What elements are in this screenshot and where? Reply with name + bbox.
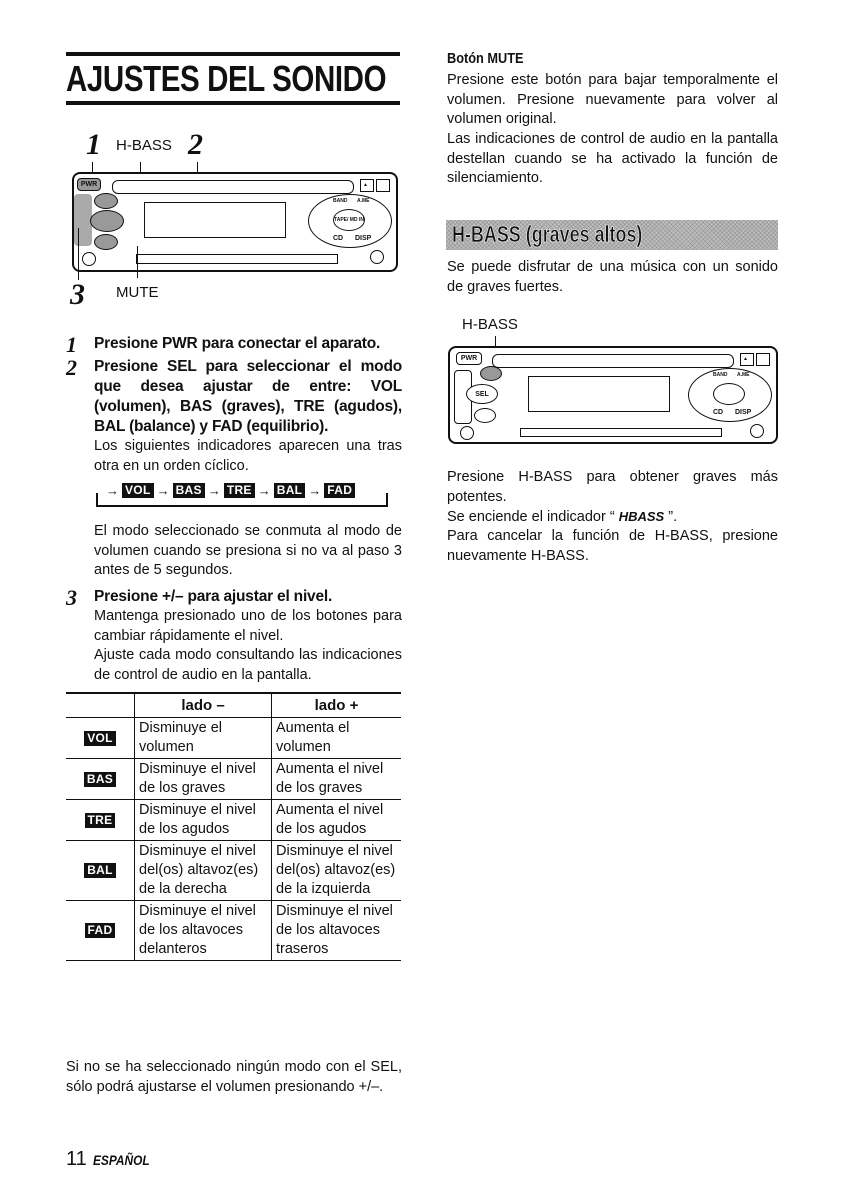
release-button[interactable] [376, 179, 390, 192]
step-3: 3 Presione +/– para ajustar el nivel. Ma… [66, 587, 402, 685]
cd-button[interactable]: CD [713, 409, 723, 416]
cell-minus: Disminuye el nivel del(os) altavoz(es) d… [135, 841, 272, 901]
tape-md-in-knob[interactable] [460, 426, 474, 440]
figure-device-controls: 1 H-BASS 2 PWR ▲ TAPE/ MD IN BAND A.ME C… [70, 128, 402, 308]
callout-mute: MUTE [116, 284, 159, 301]
cell-minus: Disminuye el nivel de los graves [135, 759, 272, 800]
arrow-icon: → [258, 483, 271, 498]
mode-adjust-table: lado – lado + VOL Disminuye el volumen A… [66, 694, 401, 961]
mute-heading: Botón MUTE [447, 50, 523, 67]
preset-buttons[interactable] [520, 428, 722, 437]
ame-button[interactable]: A.ME [357, 198, 370, 204]
cycle-note: El modo seleccionado se conmuta al modo … [66, 522, 402, 581]
mute-text-2: Las indicaciones de control de audio en … [447, 130, 778, 189]
cell-plus: Aumenta el volumen [272, 718, 402, 759]
cell-plus: Aumenta el nivel de los graves [272, 759, 402, 800]
hbass-text-3: Para cancelar la función de H-BASS, pres… [447, 527, 778, 566]
callout-hbass: H-BASS [462, 316, 518, 333]
step-1: 1 Presione PWR para conectar el aparato. [66, 334, 402, 354]
step-body: Los siguientes indicadores aparecen una … [94, 437, 402, 476]
badge-bas: BAS [173, 483, 205, 498]
cell-minus: Disminuye el nivel de los agudos [135, 800, 272, 841]
page-number: 11 [66, 1148, 87, 1170]
step-2: 2 Presione SEL para seleccionar el modo … [66, 357, 402, 476]
figure-hbass-device: H-BASS PWR ▲ SEL BAND A.ME CD DISP [446, 316, 780, 446]
sel-button[interactable] [90, 210, 124, 232]
band-button[interactable]: BAND [713, 372, 727, 378]
badge-bal: BAL [274, 483, 306, 498]
tape-md-in-button[interactable]: TAPE/ MD IN [333, 209, 365, 231]
page-title: AJUSTES DEL SONIDO [66, 58, 386, 100]
arrow-icon: → [308, 483, 321, 498]
display-window [528, 376, 670, 412]
mode-cycle-diagram: → VOL → BAS → TRE → BAL → FAD [96, 483, 396, 523]
hbass-indicator: HBASS [619, 509, 665, 524]
callout-2: 2 [188, 128, 203, 162]
control-dial[interactable]: BAND A.ME CD DISP [688, 368, 772, 422]
tape-md-in-knob[interactable] [82, 252, 96, 266]
preset-buttons[interactable] [136, 254, 338, 264]
arrow-icon: → [157, 483, 170, 498]
cell-plus: Aumenta el nivel de los agudos [272, 800, 402, 841]
section-header-hbass: H-BASS (graves altos) [446, 220, 778, 250]
badge-bal: BAL [84, 863, 116, 878]
car-stereo-faceplate: PWR ▲ TAPE/ MD IN BAND A.ME CD DISP [72, 172, 398, 272]
ame-button[interactable]: A.ME [737, 372, 750, 378]
callout-1: 1 [86, 128, 101, 162]
badge-bas: BAS [84, 772, 116, 787]
callout-hbass: H-BASS [116, 137, 172, 154]
page-footer: 11ESPAÑOL [66, 1148, 159, 1171]
callout-3: 3 [70, 278, 85, 312]
hbass-intro: Se puede disfrutar de una música con un … [447, 258, 778, 297]
table-row: BAS Disminuye el nivel de los graves Aum… [66, 759, 401, 800]
hbass-text-2: Se enciende el indicador “ HBASS ”. [447, 507, 778, 528]
header-plus: lado + [272, 694, 402, 718]
cd-slot [492, 354, 734, 368]
hbass-text-1: Presione H-BASS para obtener graves más … [447, 468, 778, 507]
mute-button[interactable] [474, 408, 496, 423]
badge-vol: VOL [122, 483, 154, 498]
hbass-button[interactable] [480, 366, 502, 381]
arrow-icon: → [106, 483, 119, 498]
eject-button[interactable]: ▲ [360, 179, 374, 192]
arrow-icon: → [208, 483, 221, 498]
step-number: 3 [66, 585, 77, 611]
table-row: BAL Disminuye el nivel del(os) altavoz(e… [66, 841, 401, 901]
step-number: 2 [66, 355, 77, 381]
step-body: Ajuste cada modo consultando las indicac… [94, 646, 402, 685]
my-info-knob[interactable] [750, 424, 764, 438]
cell-minus: Disminuye el nivel de los altavoces dela… [135, 901, 272, 961]
cell-plus: Disminuye el nivel del(os) altavoz(es) d… [272, 841, 402, 901]
eject-button[interactable]: ▲ [740, 353, 754, 366]
title-rule-bottom [66, 101, 400, 105]
cell-minus: Disminuye el volumen [135, 718, 272, 759]
step-heading: Presione +/– para ajustar el nivel. [94, 587, 402, 607]
disp-button[interactable]: DISP [735, 409, 751, 416]
sel-button[interactable]: SEL [466, 384, 498, 404]
badge-fad: FAD [324, 483, 355, 498]
hbass-button[interactable] [94, 193, 118, 209]
title-rule-top [66, 52, 400, 56]
badge-vol: VOL [84, 731, 116, 746]
step-heading: Presione SEL para seleccionar el modo qu… [94, 357, 402, 437]
display-window [144, 202, 286, 238]
badge-tre: TRE [85, 813, 116, 828]
section-title: H-BASS (graves altos) [452, 221, 642, 248]
disp-button[interactable]: DISP [355, 235, 371, 242]
cd-button[interactable]: CD [333, 235, 343, 242]
pwr-button[interactable]: PWR [456, 352, 482, 365]
table-row: VOL Disminuye el volumen Aumenta el volu… [66, 718, 401, 759]
footnote: Si no se ha seleccionado ningún modo con… [66, 1058, 402, 1097]
badge-fad: FAD [85, 923, 116, 938]
step-body: Mantenga presionado uno de los botones p… [94, 607, 402, 646]
header-minus: lado – [135, 694, 272, 718]
cell-plus: Disminuye el nivel de los altavoces tras… [272, 901, 402, 961]
table-row: TRE Disminuye el nivel de los agudos Aum… [66, 800, 401, 841]
car-stereo-faceplate: PWR ▲ SEL BAND A.ME CD DISP [448, 346, 778, 444]
my-info-knob[interactable] [370, 250, 384, 264]
band-button[interactable]: BAND [333, 198, 347, 204]
header-mode [66, 694, 135, 718]
language-label: ESPAÑOL [93, 1152, 150, 1168]
pwr-button[interactable]: PWR [77, 178, 101, 191]
cd-slot [112, 180, 354, 194]
table-row: FAD Disminuye el nivel de los altavoces … [66, 901, 401, 961]
step-heading: Presione PWR para conectar el aparato. [94, 334, 402, 354]
tape-md-in-button[interactable] [713, 383, 745, 405]
mute-button[interactable] [94, 234, 118, 250]
control-dial[interactable]: TAPE/ MD IN BAND A.ME CD DISP [308, 194, 392, 248]
badge-tre: TRE [224, 483, 255, 498]
release-button[interactable] [756, 353, 770, 366]
mute-text-1: Presione este botón para bajar temporalm… [447, 71, 778, 130]
table-header-row: lado – lado + [66, 694, 401, 718]
